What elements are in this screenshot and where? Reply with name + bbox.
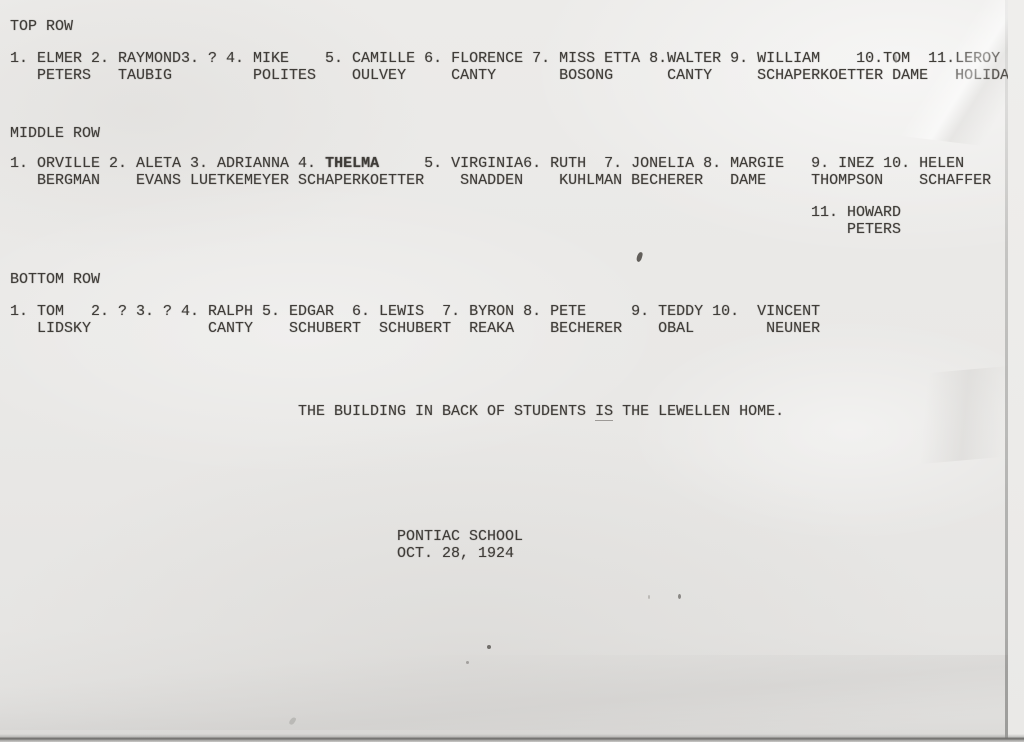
- middle-row-entry-11-first-name: 11. HOWARD: [811, 204, 901, 221]
- ink-speck: [678, 594, 681, 599]
- bottom-row-last-names-line: LIDSKY CANTY SCHUBERT SCHUBERT REAKA BEC…: [10, 320, 820, 337]
- middle-row-heading: MIDDLE ROW: [10, 125, 100, 142]
- bottom-row-heading: BOTTOM ROW: [10, 271, 100, 288]
- top-row-heading: TOP ROW: [10, 18, 73, 35]
- paper-bottom-edge: [0, 734, 1024, 742]
- ink-speck: [466, 661, 469, 664]
- middle-row-names-post: 5. VIRGINIA6. RUTH 7. JONELIA 8. MARGIE …: [379, 155, 964, 172]
- paper-crease: [0, 655, 1024, 730]
- top-row-first-names-line: 1. ELMER 2. RAYMOND3. ? 4. MIKE 5. CAMIL…: [10, 50, 1000, 67]
- photo-date: OCT. 28, 1924: [397, 545, 514, 562]
- middle-row-last-names-line: BERGMAN EVANS LUETKEMEYER SCHAPERKOETTER…: [10, 172, 991, 189]
- scan-background-right: [1008, 0, 1024, 742]
- bottom-row-first-names-line: 1. TOM 2. ? 3. ? 4. RALPH 5. EDGAR 6. LE…: [10, 303, 820, 320]
- middle-row-entry-11-last-name: PETERS: [847, 221, 901, 238]
- paper-crease: [851, 0, 1024, 159]
- building-note: THE BUILDING IN BACK OF STUDENTS IS THE …: [298, 403, 784, 420]
- scanned-caption-sheet: TOP ROW 1. ELMER 2. RAYMOND3. ? 4. MIKE …: [0, 0, 1024, 742]
- building-note-underlined-word: IS: [595, 403, 613, 421]
- building-note-post: THE LEWELLEN HOME.: [613, 403, 784, 420]
- ink-speck: [648, 595, 650, 599]
- middle-row-names-pre: 1. ORVILLE 2. ALETA 3. ADRIANNA 4.: [10, 155, 325, 172]
- building-note-pre: THE BUILDING IN BACK OF STUDENTS: [298, 403, 595, 420]
- middle-row-first-names-line: 1. ORVILLE 2. ALETA 3. ADRIANNA 4. THELM…: [10, 155, 964, 172]
- middle-row-name-bold: THELMA: [325, 155, 379, 172]
- ink-speck: [636, 252, 643, 263]
- ink-speck: [487, 645, 491, 649]
- paper-crease: [886, 364, 1024, 467]
- school-name: PONTIAC SCHOOL: [397, 528, 523, 545]
